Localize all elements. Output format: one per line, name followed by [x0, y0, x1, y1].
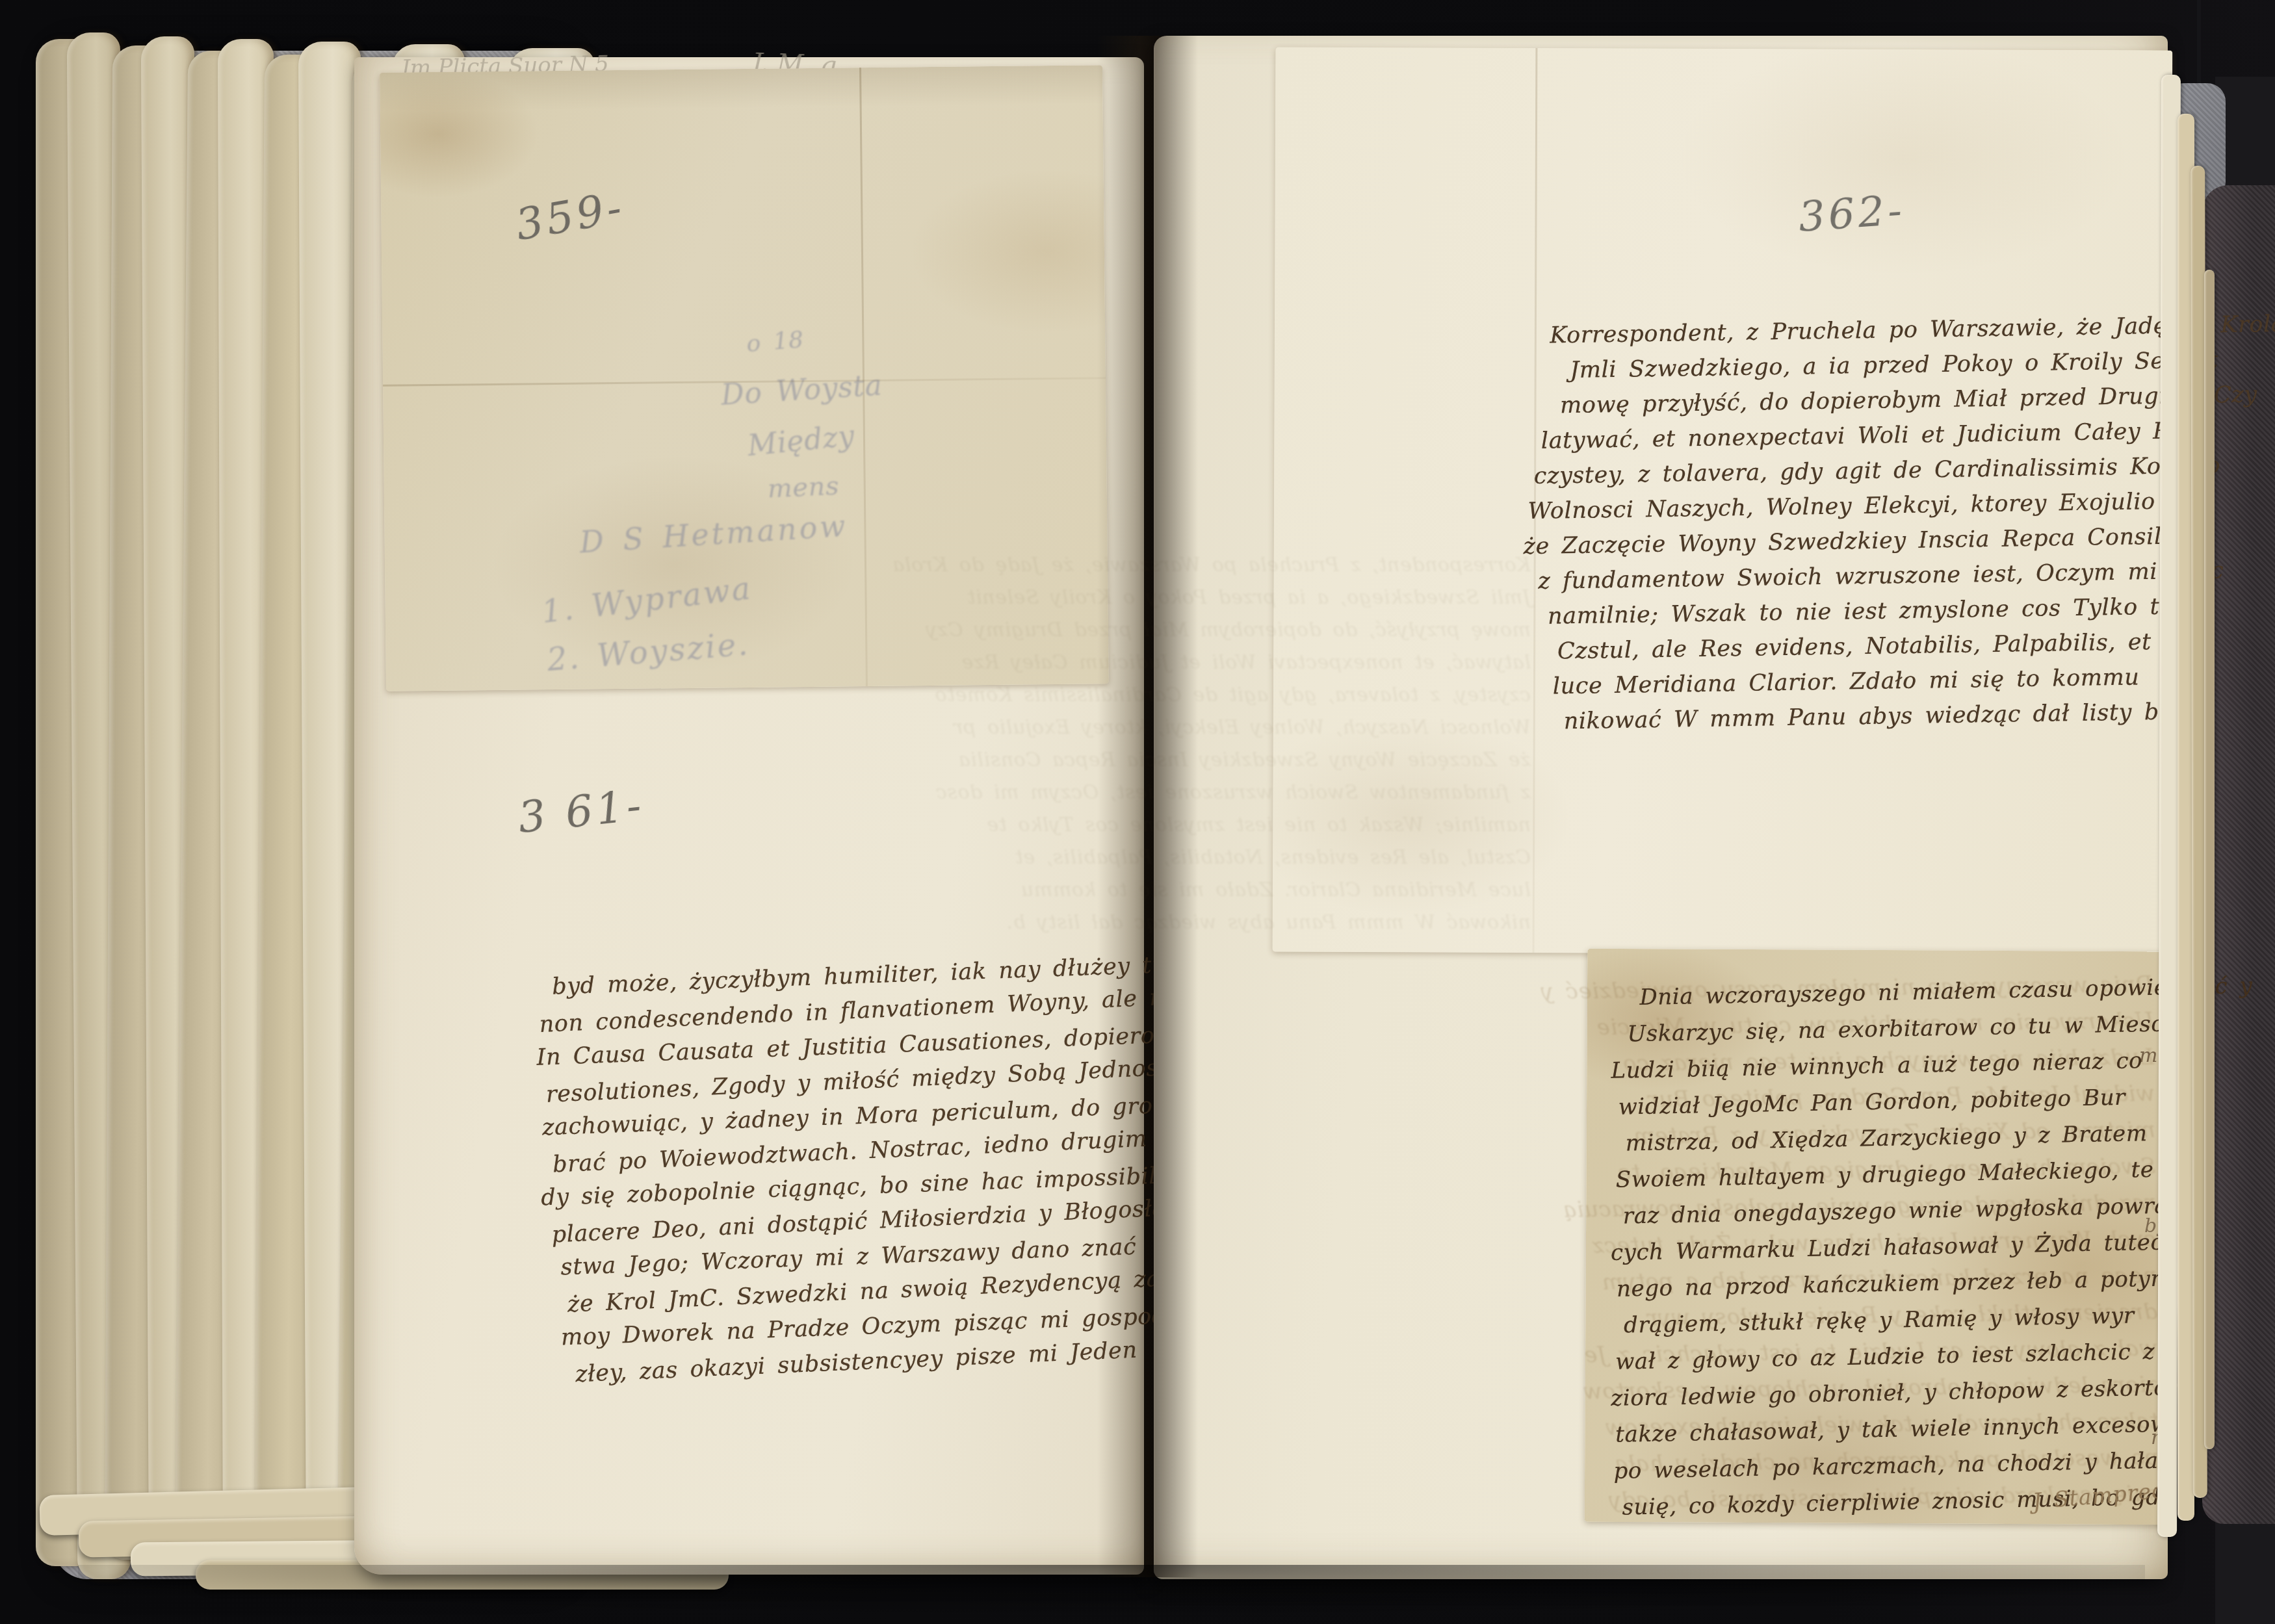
pasted-document-upper-left: o 18 Do Woysta Między mens D S Hetmanow …	[380, 65, 1109, 691]
page-edge-strip-right	[2204, 270, 2215, 1449]
right-page: 362- Korrespondent, z Pruchela po Warsza…	[1154, 36, 2168, 1579]
ghost-note: D S Hetmanow	[578, 508, 849, 560]
page-number-361: 3 61-	[516, 780, 647, 843]
book-gutter-shadow	[1097, 36, 1198, 1577]
ghost-note: Do Woysta	[720, 368, 883, 411]
left-page: Jm Plicta Suor N 5 J. M. g. o 18 Do Woys…	[354, 57, 1144, 1575]
background-seam	[2197, 0, 2201, 84]
manuscript-photo: Jm Plicta Suor N 5 J. M. g. o 18 Do Woys…	[0, 0, 2275, 1624]
ghost-note: o 18	[746, 326, 805, 357]
ghost-note: Między	[746, 419, 856, 463]
manuscript-text-right-lower: Dnia wczorayszego ni miałem czasu opowie…	[1599, 970, 2159, 1526]
margin-fragment: m	[2139, 1044, 2158, 1067]
manuscript-text-left: byd może, życzyłbym humiliter, iak nay d…	[541, 947, 1142, 1392]
manuscript-text-right-upper: Korrespondent, z Pruchela po Warszawie, …	[1520, 309, 2124, 740]
ghost-note: 2. Woyszie.	[546, 626, 751, 678]
pasted-document-lower-right: Dnia wczorayszego ni miałem czasu opowie…	[1585, 949, 2170, 1525]
ghost-note: mens	[767, 471, 840, 504]
page-number-362: 362-	[1797, 187, 1907, 242]
book-drop-shadow	[78, 1565, 2145, 1617]
ghost-note: 1. Wyprawa	[539, 570, 754, 630]
